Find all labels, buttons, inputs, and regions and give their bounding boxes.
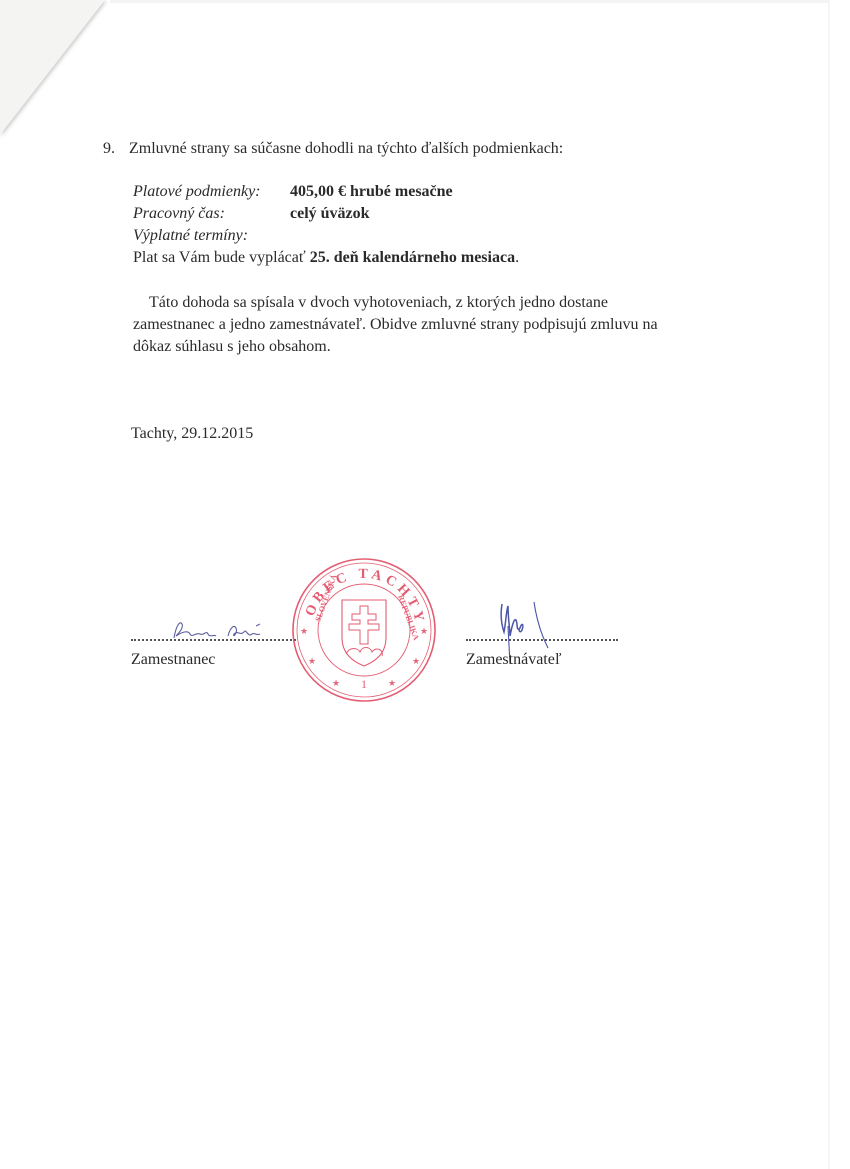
svg-text:★: ★	[412, 657, 420, 667]
official-stamp: OBEC TACHTY 1 ★★ ★★ ★★ SLOVENSKÁ REPUBLI…	[290, 556, 438, 704]
scan-edge-top	[110, 0, 830, 3]
employer-signature-line	[466, 639, 618, 641]
payment-suffix: .	[515, 249, 519, 266]
svg-text:★: ★	[388, 679, 396, 689]
svg-text:★: ★	[332, 679, 340, 689]
payment-sentence: Plat sa Vám bude vyplácať 25. deň kalend…	[133, 248, 519, 268]
condition-label-pay-dates: Výplatné termíny:	[133, 226, 248, 246]
svg-text:★: ★	[308, 657, 316, 667]
condition-value-working-time: celý úväzok	[290, 204, 370, 224]
condition-label-working-time: Pracovný čas:	[133, 204, 225, 224]
employee-label: Zamestnanec	[131, 650, 215, 670]
condition-label-salary: Platové podmienky:	[133, 182, 261, 202]
payment-day: 25. deň kalendárneho mesiaca	[310, 249, 515, 266]
folded-corner	[0, 0, 105, 135]
employer-label: Zamestnávateľ	[466, 650, 561, 670]
svg-text:★: ★	[300, 627, 308, 637]
scan-edge-right	[828, 0, 830, 1169]
document-page: 9. Zmluvné strany sa súčasne dohodli na …	[0, 0, 850, 1169]
section-number: 9.	[103, 139, 115, 159]
payment-prefix: Plat sa Vám bude vyplácať	[133, 249, 306, 266]
svg-text:★: ★	[420, 627, 428, 637]
closing-paragraph: Táto dohoda sa spísala v dvoch vyhotoven…	[133, 292, 693, 358]
employee-signature-line	[131, 639, 296, 641]
condition-value-salary: 405,00 € hrubé mesačne	[290, 182, 453, 202]
stamp-number: 1	[361, 677, 367, 691]
place-and-date: Tachty, 29.12.2015	[131, 424, 253, 444]
section-heading: Zmluvné strany sa súčasne dohodli na týc…	[129, 139, 563, 159]
